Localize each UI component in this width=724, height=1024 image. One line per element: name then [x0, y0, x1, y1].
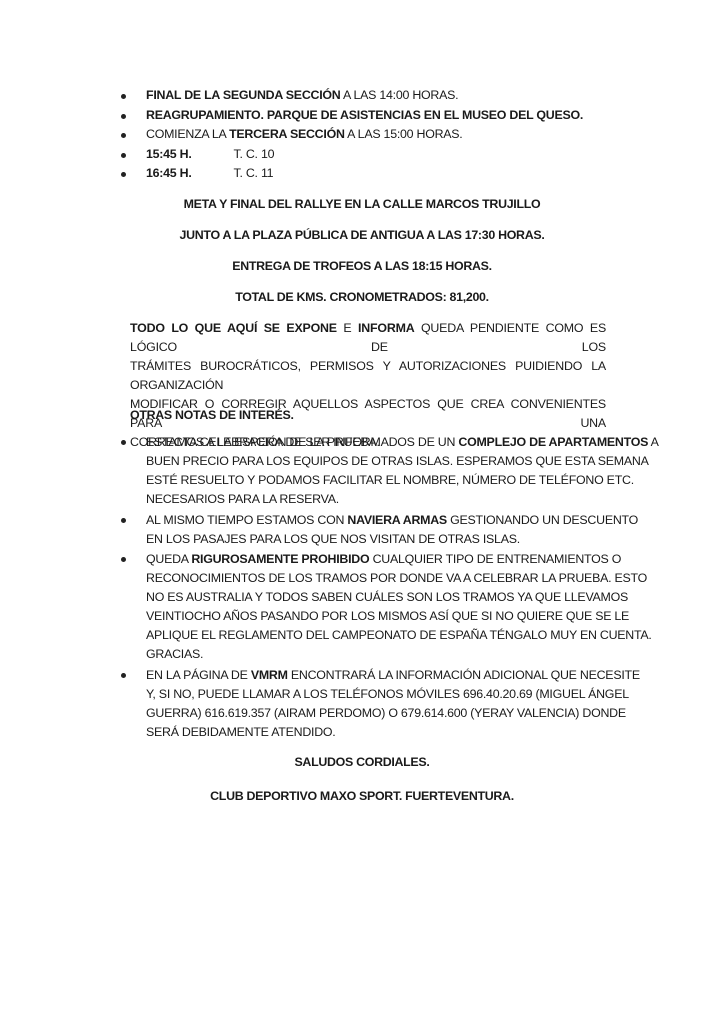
- signature: CLUB DEPORTIVO MAXO SPORT. FUERTEVENTURA…: [0, 789, 724, 803]
- schedule-item: 15:45 H.T. C. 10: [118, 145, 678, 165]
- notes-list: ESTAMOS A LA ESPERA DE SER INFORMADOS DE…: [118, 433, 612, 743]
- schedule-item: 16:45 H.T. C. 11: [118, 164, 678, 184]
- note-item: QUEDA RIGUROSAMENTE PROHIBIDO CUALQUIER …: [118, 550, 612, 664]
- note-item: EN LA PÁGINA DE VMRM ENCONTRARÁ LA INFOR…: [118, 666, 612, 742]
- schedule-item: REAGRUPAMIENTO. PARQUE DE ASISTENCIAS EN…: [118, 106, 678, 126]
- notes-heading: OTRAS NOTAS DE INTERÉS.: [130, 408, 294, 422]
- schedule-item: FINAL DE LA SEGUNDA SECCIÓN A LAS 14:00 …: [118, 86, 678, 106]
- closing-greeting: SALUDOS CORDIALES.: [0, 755, 724, 769]
- note-item: ESTAMOS A LA ESPERA DE SER INFORMADOS DE…: [118, 433, 612, 509]
- note-item: AL MISMO TIEMPO ESTAMOS CON NAVIERA ARMA…: [118, 511, 612, 549]
- schedule-item: COMIENZA LA TERCERA SECCIÓN A LAS 15:00 …: [118, 125, 678, 145]
- total-km-line: TOTAL DE KMS. CRONOMETRADOS: 81,200.: [0, 290, 724, 304]
- document-page: FINAL DE LA SEGUNDA SECCIÓN A LAS 14:00 …: [0, 0, 724, 1024]
- trophy-line: ENTREGA DE TROFEOS A LAS 18:15 HORAS.: [0, 259, 724, 273]
- finish-line-2: JUNTO A LA PLAZA PÚBLICA DE ANTIGUA A LA…: [0, 228, 724, 242]
- schedule-list: FINAL DE LA SEGUNDA SECCIÓN A LAS 14:00 …: [118, 86, 678, 184]
- finish-line-1: META Y FINAL DEL RALLYE EN LA CALLE MARC…: [0, 197, 724, 211]
